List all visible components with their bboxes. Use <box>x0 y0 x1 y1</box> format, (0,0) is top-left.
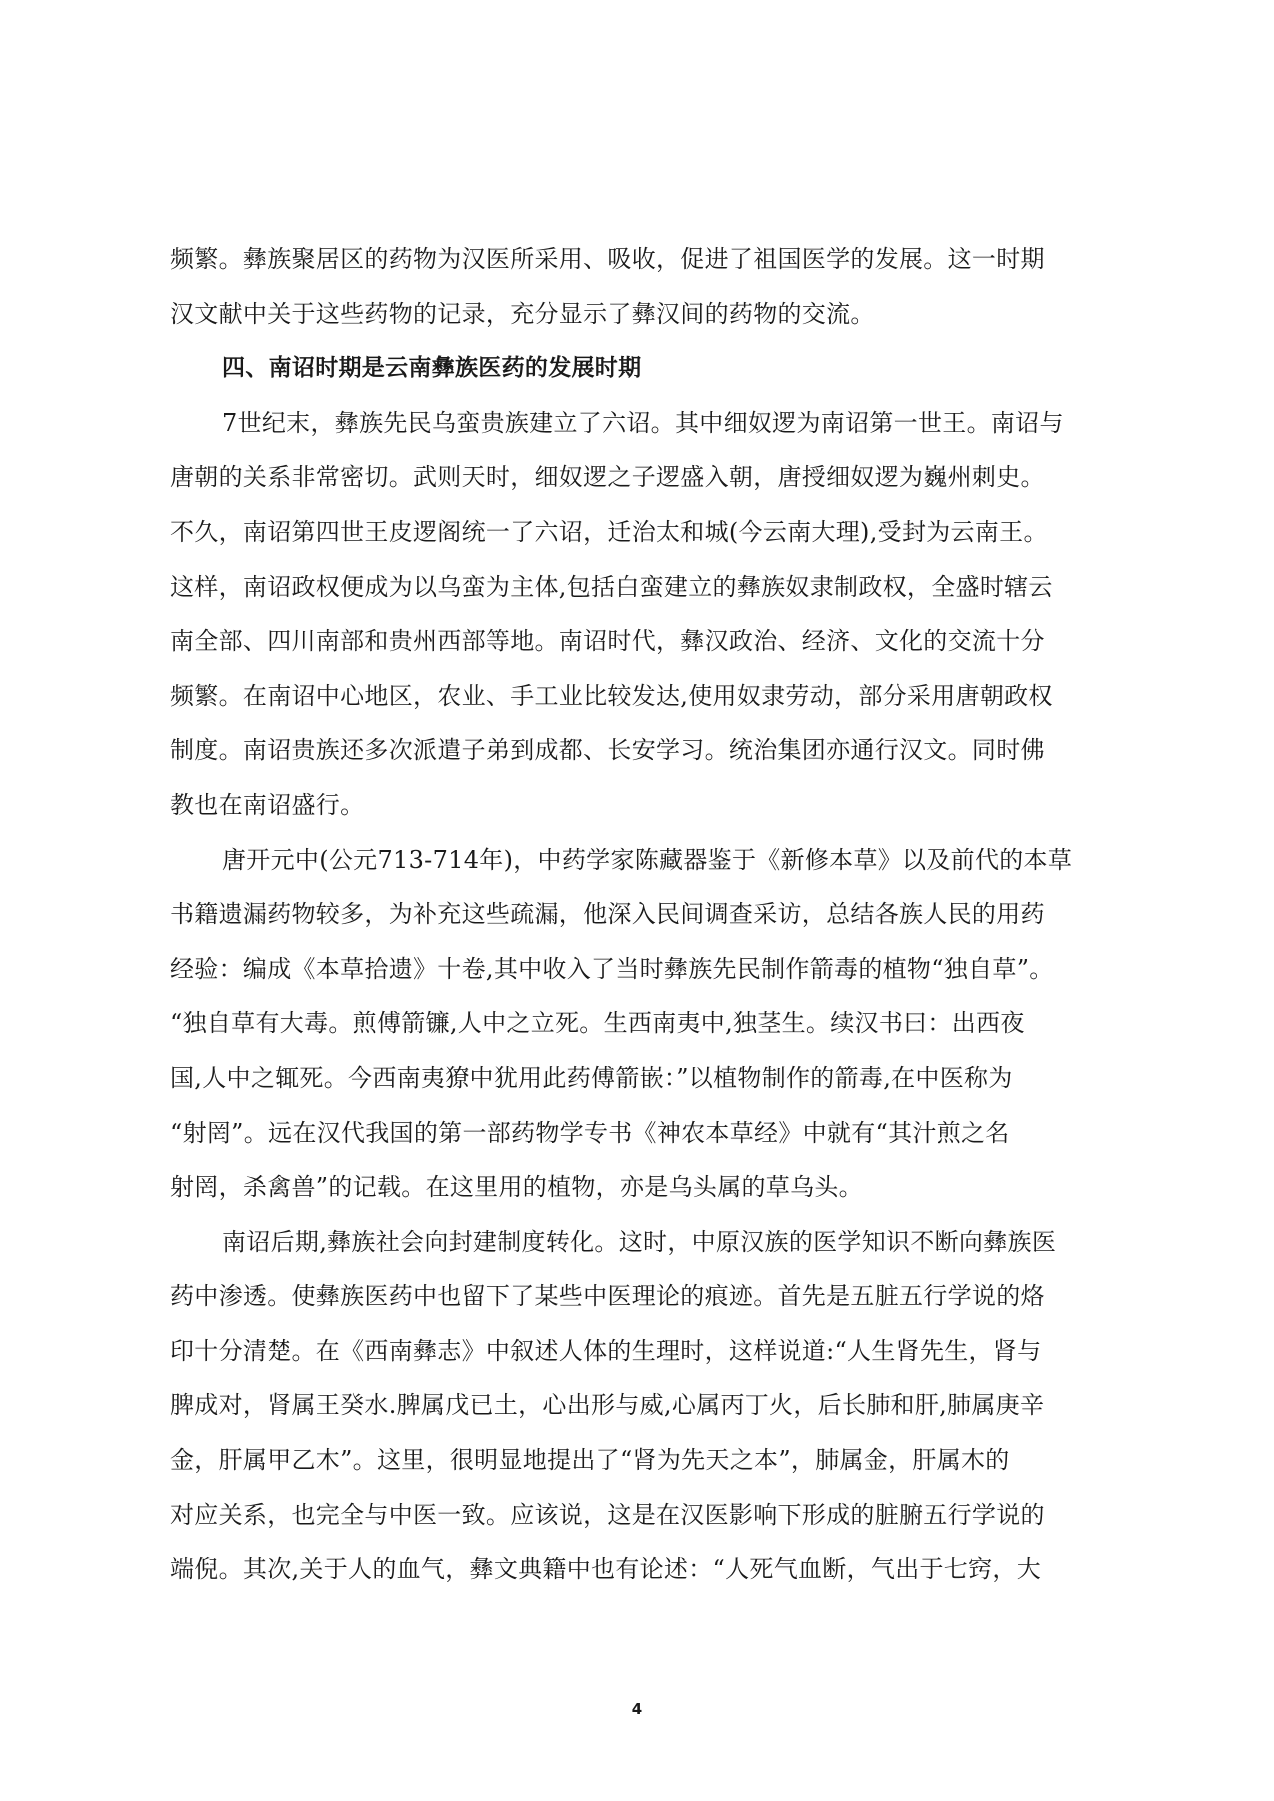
text-line: 频繁。彝族聚居区的药物为汉医所采用、吸收，促进了祖国医学的发展。这一时期 <box>170 232 1120 287</box>
page-number: 4 <box>0 1700 1274 1718</box>
text-line: 脾成对，肾属王癸水.脾属戊已土，心出形与威,心属丙丁火，后长肺和肝,肺属庚辛 <box>170 1378 1120 1433</box>
text-line: 国,人中之辄死。今西南夷獠中犹用此药傅箭嵌：”以植物制作的箭毒,在中医称为 <box>170 1051 1120 1106</box>
text-line: 不久，南诏第四世王皮逻阁统一了六诏，迁治太和城(今云南大理),受封为云南王。 <box>170 505 1120 560</box>
paragraph-bencao-shiyi: 唐开元中(公元713-714年)，中药学家陈藏器鉴于《新修本草》以及前代的本草 … <box>170 833 1120 1215</box>
text-line: 唐开元中(公元713-714年)，中药学家陈藏器鉴于《新修本草》以及前代的本草 <box>170 833 1120 888</box>
section-heading-text: 四、南诏时期是云南彝族医药的发展时期 <box>170 341 1120 396</box>
text-line: 金，肝属甲乙木”。这里，很明显地提出了“肾为先天之本”，肺属金，肝属木的 <box>170 1433 1120 1488</box>
paragraph-five-elements: 南诏后期,彝族社会向封建制度转化。这时，中原汉族的医学知识不断向彝族医 药中渗透… <box>170 1215 1120 1597</box>
text-line: 端倪。其次,关于人的血气，彝文典籍中也有论述：“人死气血断，气出于七窍，大 <box>170 1542 1120 1597</box>
text-line: 汉文献中关于这些药物的记录，充分显示了彝汉间的药物的交流。 <box>170 287 1120 342</box>
text-line: 唐朝的关系非常密切。武则天时，细奴逻之子逻盛入朝，唐授细奴逻为巍州刺史。 <box>170 450 1120 505</box>
text-line: “独自草有大毒。煎傅箭镰,人中之立死。生西南夷中,独茎生。续汉书曰：出西夜 <box>170 996 1120 1051</box>
paragraph-nanzhao-history: 7世纪末，彝族先民乌蛮贵族建立了六诏。其中细奴逻为南诏第一世王。南诏与 唐朝的关… <box>170 396 1120 833</box>
text-line: 7世纪末，彝族先民乌蛮贵族建立了六诏。其中细奴逻为南诏第一世王。南诏与 <box>170 396 1120 451</box>
text-line: 印十分清楚。在《西南彝志》中叙述人体的生理时，这样说道:“人生肾先生，肾与 <box>170 1324 1120 1379</box>
page-body: 频繁。彝族聚居区的药物为汉医所采用、吸收，促进了祖国医学的发展。这一时期 汉文献… <box>170 232 1120 1597</box>
paragraph-continuation: 频繁。彝族聚居区的药物为汉医所采用、吸收，促进了祖国医学的发展。这一时期 汉文献… <box>170 232 1120 341</box>
text-line: 书籍遗漏药物较多，为补充这些疏漏，他深入民间调查采访，总结各族人民的用药 <box>170 887 1120 942</box>
text-line: 南全部、四川南部和贵州西部等地。南诏时代，彝汉政治、经济、文化的交流十分 <box>170 614 1120 669</box>
document-page: 频繁。彝族聚居区的药物为汉医所采用、吸收，促进了祖国医学的发展。这一时期 汉文献… <box>0 0 1274 1801</box>
text-line: 经验：编成《本草拾遗》十卷,其中收入了当时彝族先民制作箭毒的植物“独自草”。 <box>170 942 1120 997</box>
section-heading: 四、南诏时期是云南彝族医药的发展时期 <box>170 341 1120 396</box>
text-line: “射罔”。远在汉代我国的第一部药物学专书《神农本草经》中就有“其汁煎之名 <box>170 1106 1120 1161</box>
text-line: 频繁。在南诏中心地区，农业、手工业比较发达,使用奴隶劳动，部分采用唐朝政权 <box>170 669 1120 724</box>
text-line: 制度。南诏贵族还多次派遣子弟到成都、长安学习。统治集团亦通行汉文。同时佛 <box>170 723 1120 778</box>
text-line: 对应关系，也完全与中医一致。应该说，这是在汉医影响下形成的脏腑五行学说的 <box>170 1488 1120 1543</box>
text-line: 南诏后期,彝族社会向封建制度转化。这时，中原汉族的医学知识不断向彝族医 <box>170 1215 1120 1270</box>
text-line: 教也在南诏盛行。 <box>170 778 1120 833</box>
text-line: 射罔，杀禽兽”的记载。在这里用的植物，亦是乌头属的草乌头。 <box>170 1160 1120 1215</box>
text-line: 药中渗透。使彝族医药中也留下了某些中医理论的痕迹。首先是五脏五行学说的烙 <box>170 1269 1120 1324</box>
text-line: 这样，南诏政权便成为以乌蛮为主体,包括白蛮建立的彝族奴隶制政权，全盛时辖云 <box>170 560 1120 615</box>
